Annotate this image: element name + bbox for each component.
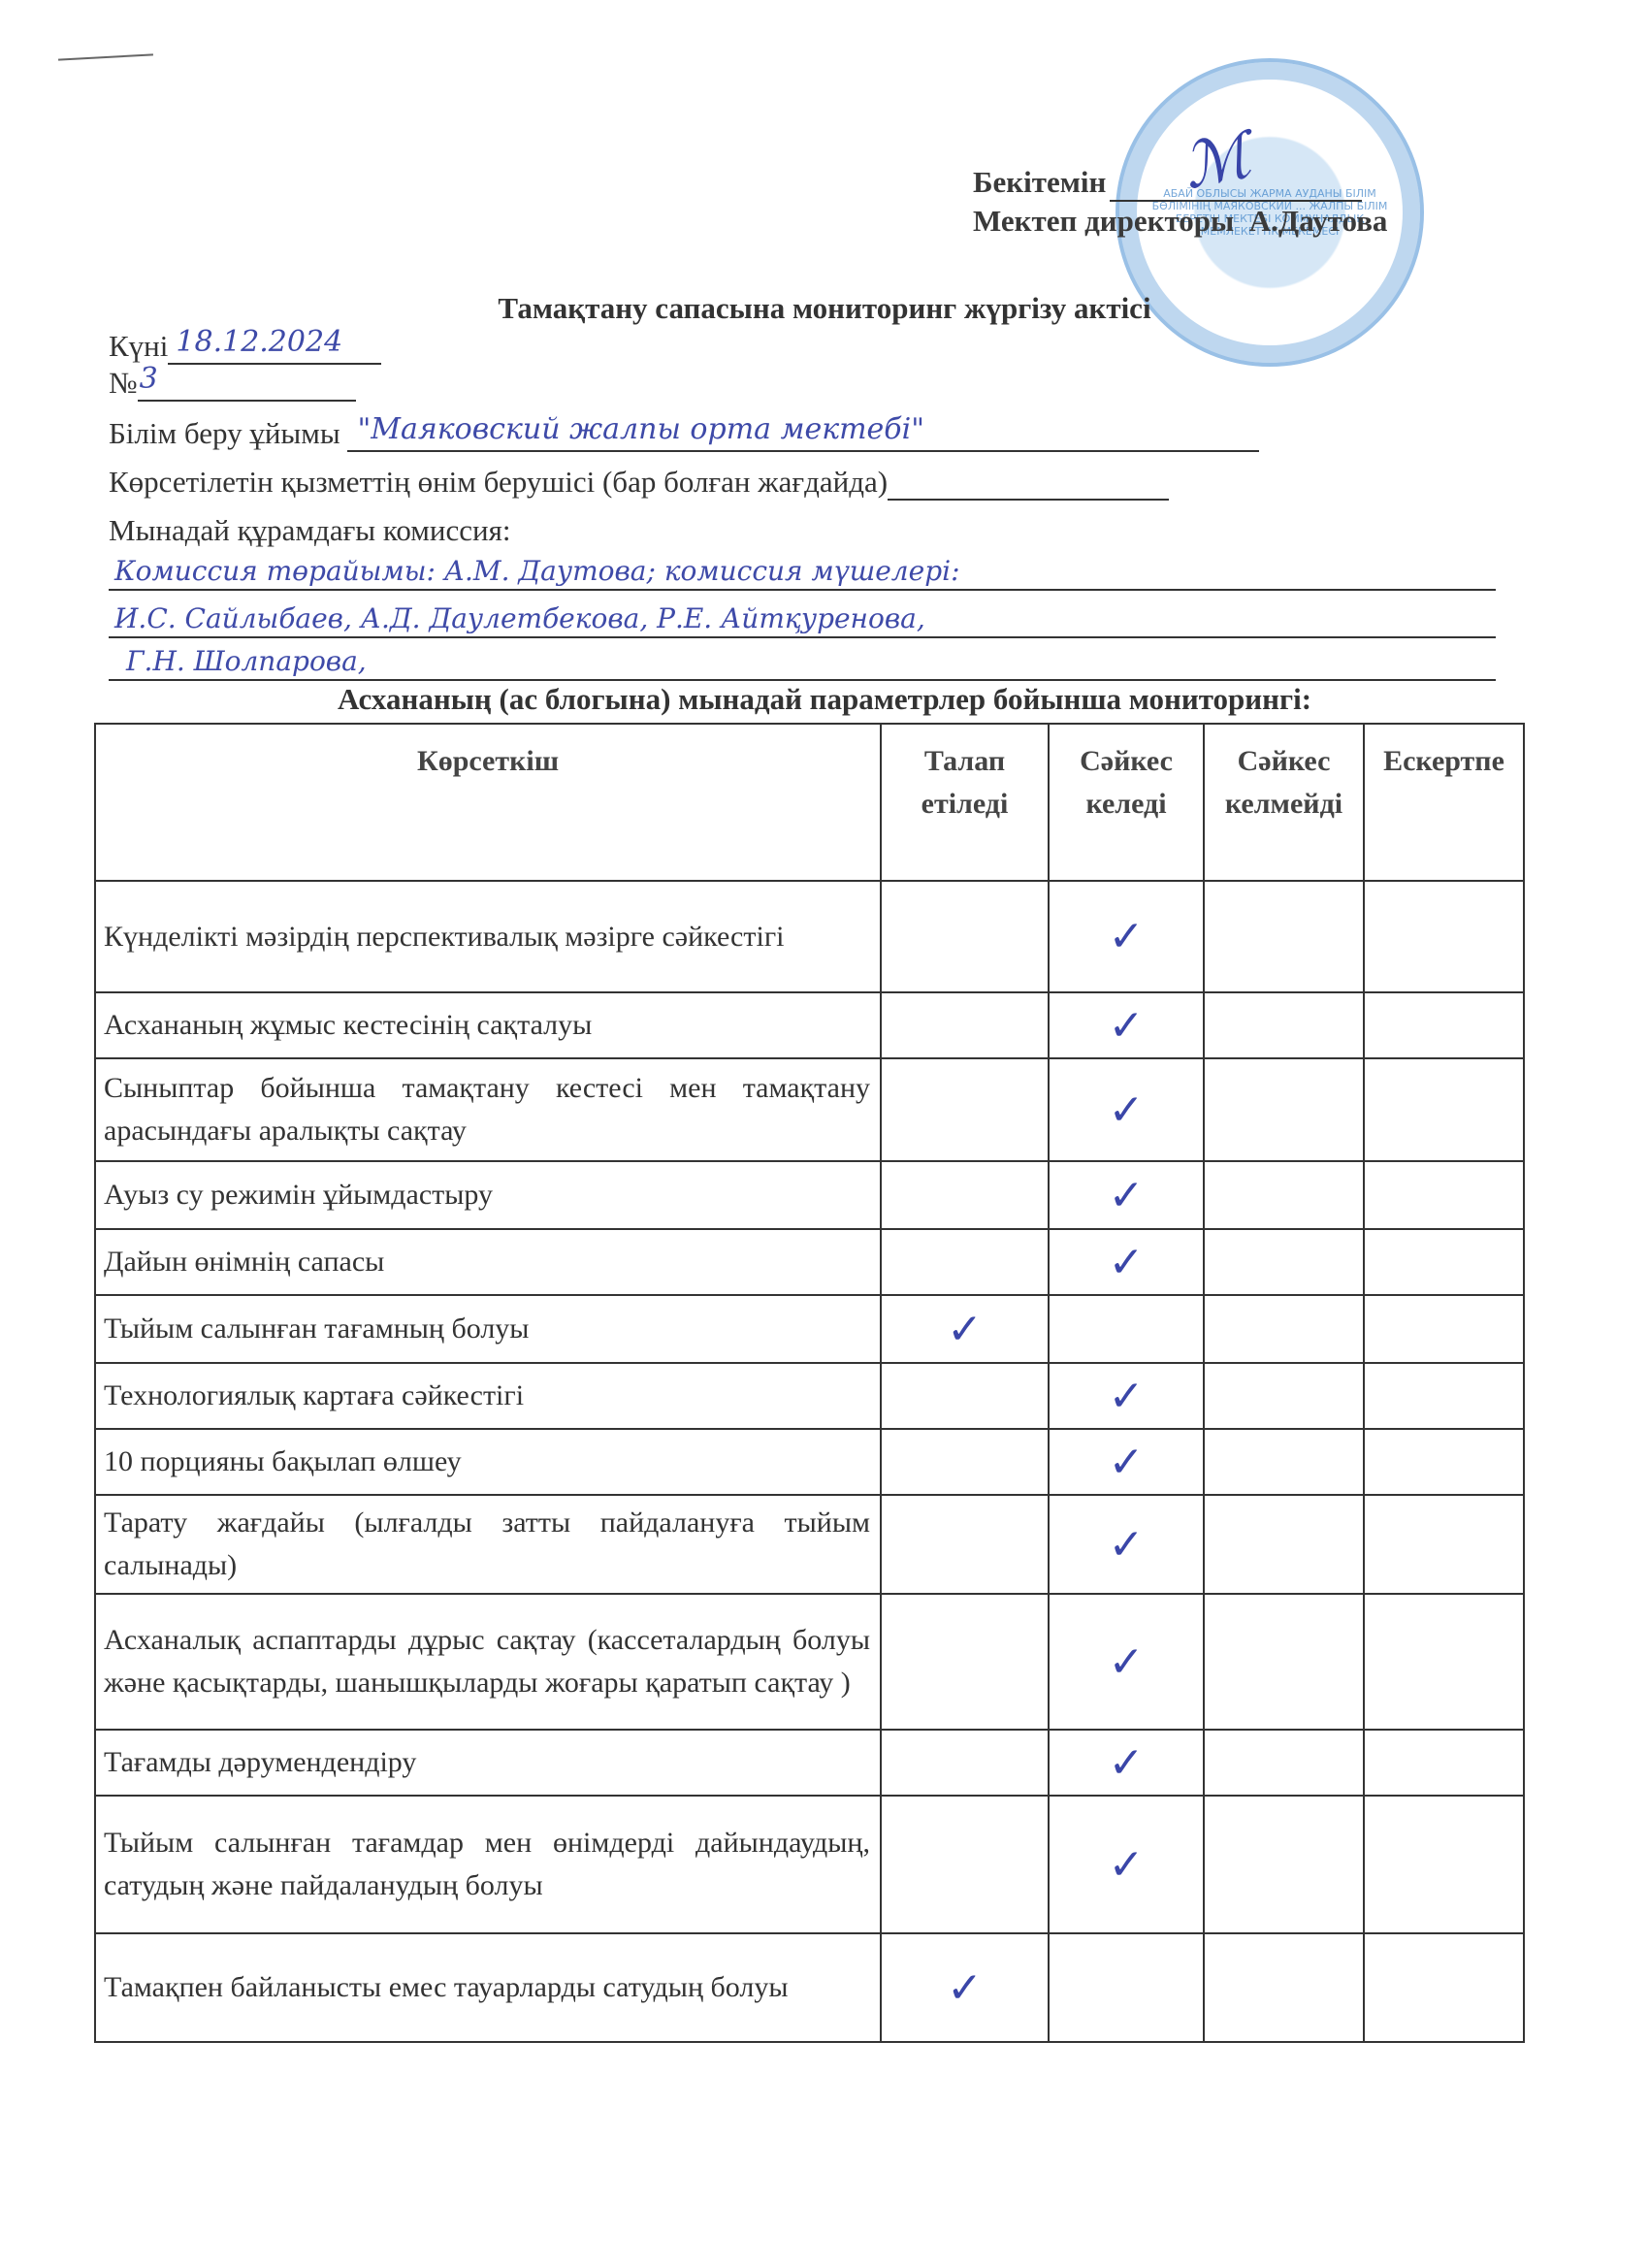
monitoring-table: Көрсеткіш Талап етіледі Сәйкес келеді Сә…: [94, 723, 1525, 2043]
commission-line-2: И.С. Сайлыбаев, А.Д. Даулетбекова, Р.Е. …: [109, 594, 1496, 638]
header-note: Ескертпе: [1364, 724, 1524, 881]
compliant-cell[interactable]: ✓: [1049, 992, 1204, 1058]
indicator-cell: Дайын өнімнің сапасы: [95, 1229, 881, 1295]
non-compliant-cell[interactable]: [1204, 1229, 1364, 1295]
commission-text-3[interactable]: Г.Н. Шолпарова,: [126, 645, 367, 677]
required-cell[interactable]: [881, 1495, 1049, 1594]
indicator-cell: Тыйым салынған тағамның болуы: [95, 1295, 881, 1363]
indicator-cell: Тамақпен байланысты емес тауарларды сату…: [95, 1933, 881, 2042]
table-row: 10 порцияны бақылап өлшеу✓: [95, 1429, 1524, 1495]
section-title: Асхананың (ас блогына) мынадай параметрл…: [0, 682, 1649, 717]
approval-block: Бекітемін Мектеп директоры А.Даутова: [973, 163, 1387, 241]
date-value[interactable]: 18.12.2024: [176, 324, 342, 361]
non-compliant-cell[interactable]: [1204, 992, 1364, 1058]
required-cell[interactable]: [881, 1058, 1049, 1161]
provider-field: Көрсетілетін қызметтің өнім берушісі (ба…: [109, 464, 1169, 501]
director-label: Мектеп директоры: [973, 204, 1234, 238]
note-cell[interactable]: [1364, 881, 1524, 992]
header-required: Талап етіледі: [881, 724, 1049, 881]
indicator-cell: 10 порцияны бақылап өлшеу: [95, 1429, 881, 1495]
indicator-cell: Тыйым салынған тағамдар мен өнімдерді да…: [95, 1796, 881, 1933]
required-cell[interactable]: [881, 881, 1049, 992]
compliant-cell[interactable]: ✓: [1049, 1796, 1204, 1933]
required-cell[interactable]: ✓: [881, 1933, 1049, 2042]
required-cell[interactable]: [881, 1730, 1049, 1796]
note-cell[interactable]: [1364, 1933, 1524, 2042]
commission-text-1[interactable]: Комиссия төрайымы: А.М. Даутова; комисси…: [114, 555, 960, 587]
indicator-cell: Технологиялық картаға сәйкестігі: [95, 1363, 881, 1429]
stray-mark: [58, 53, 153, 60]
table-header-row: Көрсеткіш Талап етіледі Сәйкес келеді Сә…: [95, 724, 1524, 881]
compliant-cell[interactable]: ✓: [1049, 1161, 1204, 1229]
indicator-cell: Сыныптар бойынша тамақтану кестесі мен т…: [95, 1058, 881, 1161]
compliant-cell[interactable]: ✓: [1049, 1429, 1204, 1495]
note-cell[interactable]: [1364, 1161, 1524, 1229]
organization-label: Білім беру ұйымы: [109, 416, 340, 450]
note-cell[interactable]: [1364, 1229, 1524, 1295]
indicator-cell: Ауыз су режимін ұйымдастыру: [95, 1161, 881, 1229]
non-compliant-cell[interactable]: [1204, 1161, 1364, 1229]
compliant-cell[interactable]: [1049, 1295, 1204, 1363]
approve-label: Бекітемін: [973, 165, 1106, 199]
note-cell[interactable]: [1364, 1594, 1524, 1730]
table-row: Технологиялық картаға сәйкестігі✓: [95, 1363, 1524, 1429]
compliant-cell[interactable]: ✓: [1049, 1594, 1204, 1730]
required-cell[interactable]: [881, 1796, 1049, 1933]
compliant-cell[interactable]: ✓: [1049, 1495, 1204, 1594]
date-field: Күні18.12.2024: [109, 328, 381, 365]
number-label: №: [109, 366, 138, 400]
indicator-cell: Күнделікті мәзірдің перспективалық мәзір…: [95, 881, 881, 992]
table-row: Асхананың жұмыс кестесінің сақталуы✓: [95, 992, 1524, 1058]
table-row: Дайын өнімнің сапасы✓: [95, 1229, 1524, 1295]
non-compliant-cell[interactable]: [1204, 1429, 1364, 1495]
required-cell[interactable]: ✓: [881, 1295, 1049, 1363]
table-row: Тыйым салынған тағамдар мен өнімдерді да…: [95, 1796, 1524, 1933]
required-cell[interactable]: [881, 1594, 1049, 1730]
note-cell[interactable]: [1364, 1796, 1524, 1933]
table-row: Асханалық аспаптарды дұрыс сақтау (кассе…: [95, 1594, 1524, 1730]
document-title: Тамақтану сапасына мониторинг жүргізу ак…: [0, 291, 1649, 326]
compliant-cell[interactable]: ✓: [1049, 881, 1204, 992]
note-cell[interactable]: [1364, 1730, 1524, 1796]
indicator-cell: Тағамды дәрумендендіру: [95, 1730, 881, 1796]
non-compliant-cell[interactable]: [1204, 1363, 1364, 1429]
note-cell[interactable]: [1364, 1058, 1524, 1161]
required-cell[interactable]: [881, 1429, 1049, 1495]
compliant-cell[interactable]: ✓: [1049, 1058, 1204, 1161]
note-cell[interactable]: [1364, 1429, 1524, 1495]
header-compliant: Сәйкес келеді: [1049, 724, 1204, 881]
commission-line-1: Комиссия төрайымы: А.М. Даутова; комисси…: [109, 546, 1496, 591]
date-label: Күні: [109, 329, 168, 363]
non-compliant-cell[interactable]: [1204, 1594, 1364, 1730]
indicator-cell: Асханалық аспаптарды дұрыс сақтау (кассе…: [95, 1594, 881, 1730]
compliant-cell[interactable]: ✓: [1049, 1363, 1204, 1429]
organization-value[interactable]: "Маяковский жалпы орта мектебі": [357, 411, 924, 448]
non-compliant-cell[interactable]: [1204, 1730, 1364, 1796]
table-row: Тарату жағдайы (ылғалды затты пайдалануғ…: [95, 1495, 1524, 1594]
non-compliant-cell[interactable]: [1204, 1933, 1364, 2042]
commission-label: Мынадай құрамдағы комиссия:: [109, 512, 510, 549]
header-non-compliant: Сәйкес келмейді: [1204, 724, 1364, 881]
indicator-cell: Тарату жағдайы (ылғалды затты пайдалануғ…: [95, 1495, 881, 1594]
number-value[interactable]: 3: [140, 361, 158, 398]
required-cell[interactable]: [881, 992, 1049, 1058]
note-cell[interactable]: [1364, 1295, 1524, 1363]
non-compliant-cell[interactable]: [1204, 881, 1364, 992]
non-compliant-cell[interactable]: [1204, 1796, 1364, 1933]
table-row: Күнделікті мәзірдің перспективалық мәзір…: [95, 881, 1524, 992]
table-row: Тағамды дәрумендендіру✓: [95, 1730, 1524, 1796]
table-row: Сыныптар бойынша тамақтану кестесі мен т…: [95, 1058, 1524, 1161]
note-cell[interactable]: [1364, 1495, 1524, 1594]
director-name: А.Даутова: [1249, 204, 1388, 238]
organization-field: Білім беру ұйымы "Маяковский жалпы орта …: [109, 415, 1259, 452]
header-indicator: Көрсеткіш: [95, 724, 881, 881]
non-compliant-cell[interactable]: [1204, 1295, 1364, 1363]
compliant-cell[interactable]: [1049, 1933, 1204, 2042]
table-row: Тамақпен байланысты емес тауарларды сату…: [95, 1933, 1524, 2042]
compliant-cell[interactable]: ✓: [1049, 1730, 1204, 1796]
required-cell[interactable]: [881, 1161, 1049, 1229]
note-cell[interactable]: [1364, 1363, 1524, 1429]
commission-text-2[interactable]: И.С. Сайлыбаев, А.Д. Даулетбекова, Р.Е. …: [114, 602, 925, 634]
required-cell[interactable]: [881, 1363, 1049, 1429]
table-row: Ауыз су режимін ұйымдастыру✓: [95, 1161, 1524, 1229]
provider-label: Көрсетілетін қызметтің өнім берушісі (ба…: [109, 465, 888, 499]
non-compliant-cell[interactable]: [1204, 1058, 1364, 1161]
signature-line: [1110, 173, 1362, 202]
commission-line-3: Г.Н. Шолпарова,: [109, 636, 1496, 681]
note-cell[interactable]: [1364, 992, 1524, 1058]
number-field: №3: [109, 365, 356, 402]
table-row: Тыйым салынған тағамның болуы✓: [95, 1295, 1524, 1363]
non-compliant-cell[interactable]: [1204, 1495, 1364, 1594]
required-cell[interactable]: [881, 1229, 1049, 1295]
compliant-cell[interactable]: ✓: [1049, 1229, 1204, 1295]
indicator-cell: Асхананың жұмыс кестесінің сақталуы: [95, 992, 881, 1058]
